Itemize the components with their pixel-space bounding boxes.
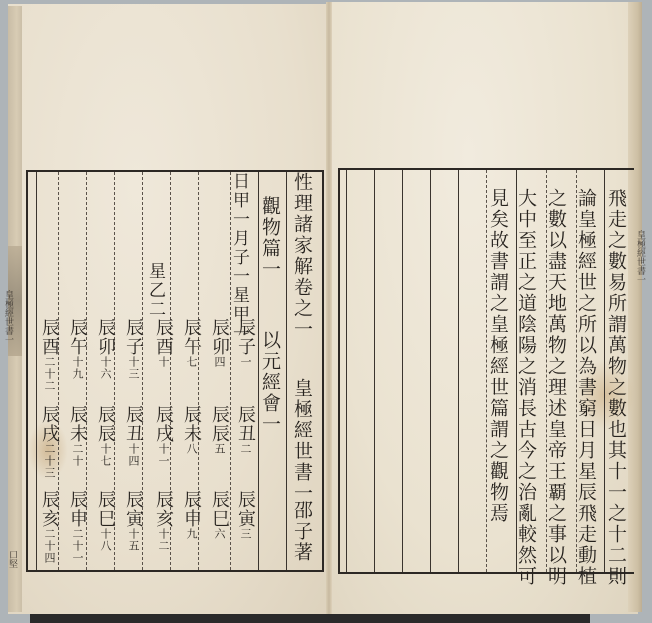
cell-branch: 辰未 bbox=[181, 405, 202, 443]
grid-cell: 辰子一 bbox=[232, 318, 258, 368]
cell-branch: 辰酉 bbox=[39, 318, 60, 356]
star-row: 星乙二 bbox=[144, 262, 166, 319]
cell-branch: 辰寅 bbox=[123, 490, 144, 528]
cell-number: 十七 bbox=[99, 443, 112, 467]
cell-number: 二十二 bbox=[43, 356, 56, 392]
cell-number: 三 bbox=[239, 528, 252, 540]
grid-cell: 辰丑二 bbox=[232, 405, 258, 455]
cell-number: 九 bbox=[185, 528, 198, 540]
cell-branch: 辰丑 bbox=[123, 405, 144, 443]
book-title: 皇極經世書一 bbox=[290, 378, 314, 504]
cell-number: 五 bbox=[213, 443, 226, 455]
cell-branch: 辰戌 bbox=[153, 405, 174, 443]
grid-cell: 辰寅三 bbox=[232, 490, 258, 540]
cell-branch: 辰亥 bbox=[153, 490, 174, 528]
grid-cell: 辰未二十 bbox=[64, 405, 90, 467]
text-column-3: 之數以盡天地萬物之理述皇帝王覇之事以明 bbox=[544, 188, 568, 587]
cell-branch: 辰午 bbox=[67, 318, 88, 356]
grid-cell: 辰酉二十二 bbox=[36, 318, 62, 392]
cell-number: 四 bbox=[213, 356, 226, 368]
text-column-1: 飛走之數易所謂萬物之數也其十一之十二則 bbox=[604, 188, 628, 587]
grid-cell: 辰未八 bbox=[178, 405, 204, 455]
grid-cell: 辰巳十八 bbox=[92, 490, 118, 552]
grid-cell: 辰辰五 bbox=[206, 405, 232, 455]
cell-branch: 辰卯 bbox=[209, 318, 230, 356]
cell-number: 二十 bbox=[71, 443, 84, 467]
gutter-page-mark: 口堅 bbox=[6, 550, 19, 568]
grid-cell: 辰午七 bbox=[178, 318, 204, 368]
cell-number: 十八 bbox=[99, 528, 112, 552]
cell-branch: 辰戌 bbox=[39, 405, 60, 443]
cell-number: 十二 bbox=[157, 528, 170, 552]
grid-cell: 辰巳六 bbox=[206, 490, 232, 540]
grid-cell: 辰午十九 bbox=[64, 318, 90, 380]
cell-branch: 辰午 bbox=[181, 318, 202, 356]
grid-cell: 辰寅十五 bbox=[120, 490, 146, 552]
cell-branch: 辰寅 bbox=[235, 490, 256, 528]
grid-cell: 辰酉十 bbox=[150, 318, 176, 368]
cell-branch: 辰巳 bbox=[95, 490, 116, 528]
chapter-subheading: 以元經會一 bbox=[258, 330, 282, 435]
cell-number: 二十四 bbox=[43, 528, 56, 564]
cell-branch: 辰巳 bbox=[209, 490, 230, 528]
cell-number: 十三 bbox=[127, 356, 140, 380]
cell-branch: 辰酉 bbox=[153, 318, 174, 356]
cell-number: 十四 bbox=[127, 443, 140, 467]
cell-number: 二十一 bbox=[71, 528, 84, 564]
grid-cell: 辰丑十四 bbox=[120, 405, 146, 467]
author: 邵子著 bbox=[290, 500, 314, 563]
grid-cell: 辰卯十六 bbox=[92, 318, 118, 380]
cell-number: 七 bbox=[185, 356, 198, 368]
cell-number: 十九 bbox=[71, 356, 84, 380]
grid-cell: 辰申二十一 bbox=[64, 490, 90, 564]
cell-branch: 辰子 bbox=[123, 318, 144, 356]
grid-cell: 辰申九 bbox=[178, 490, 204, 540]
grid-cell: 辰亥二十四 bbox=[36, 490, 62, 564]
grid-cell: 辰戌十一 bbox=[150, 405, 176, 467]
cell-number: 十一 bbox=[157, 443, 170, 467]
cell-number: 八 bbox=[185, 443, 198, 455]
cell-branch: 辰辰 bbox=[209, 405, 230, 443]
cell-number: 一 bbox=[239, 356, 252, 368]
gutter-label-left: 皇極經世書一 bbox=[2, 290, 15, 344]
cell-number: 十 bbox=[157, 356, 170, 368]
cell-branch: 辰申 bbox=[67, 490, 88, 528]
text-column-2: 論皇極經世之所以為書窮日月星辰飛走動植 bbox=[574, 188, 598, 587]
grid-cell: 辰子十三 bbox=[120, 318, 146, 380]
cell-number: 六 bbox=[213, 528, 226, 540]
cell-branch: 辰子 bbox=[235, 318, 256, 356]
grid-cell: 辰戌二十三 bbox=[36, 405, 62, 479]
cell-branch: 辰辰 bbox=[95, 405, 116, 443]
cell-number: 十六 bbox=[99, 356, 112, 380]
text-column-4: 大中至正之道陰陽之消長古今之治亂較然可 bbox=[514, 188, 538, 587]
text-column-5: 見矣故書謂之皇極經世篇謂之觀物焉 bbox=[486, 188, 510, 524]
cell-branch: 辰未 bbox=[67, 405, 88, 443]
grid-cell: 辰亥十二 bbox=[150, 490, 176, 552]
cell-branch: 辰申 bbox=[181, 490, 202, 528]
grid-cell: 辰辰十七 bbox=[92, 405, 118, 467]
volume-title: 性理諸家解卷之一 bbox=[290, 172, 314, 340]
cell-branch: 辰丑 bbox=[235, 405, 256, 443]
cell-number: 十五 bbox=[127, 528, 140, 552]
cell-branch: 辰亥 bbox=[39, 490, 60, 528]
book-fold bbox=[326, 2, 332, 614]
chapter-heading: 觀物篇一 bbox=[258, 196, 282, 280]
cell-number: 二 bbox=[239, 443, 252, 455]
gutter-label-right: 皇極經世書一 bbox=[634, 230, 647, 284]
cell-branch: 辰卯 bbox=[95, 318, 116, 356]
grid-cell: 辰卯四 bbox=[206, 318, 232, 368]
cell-number: 二十三 bbox=[43, 443, 56, 479]
